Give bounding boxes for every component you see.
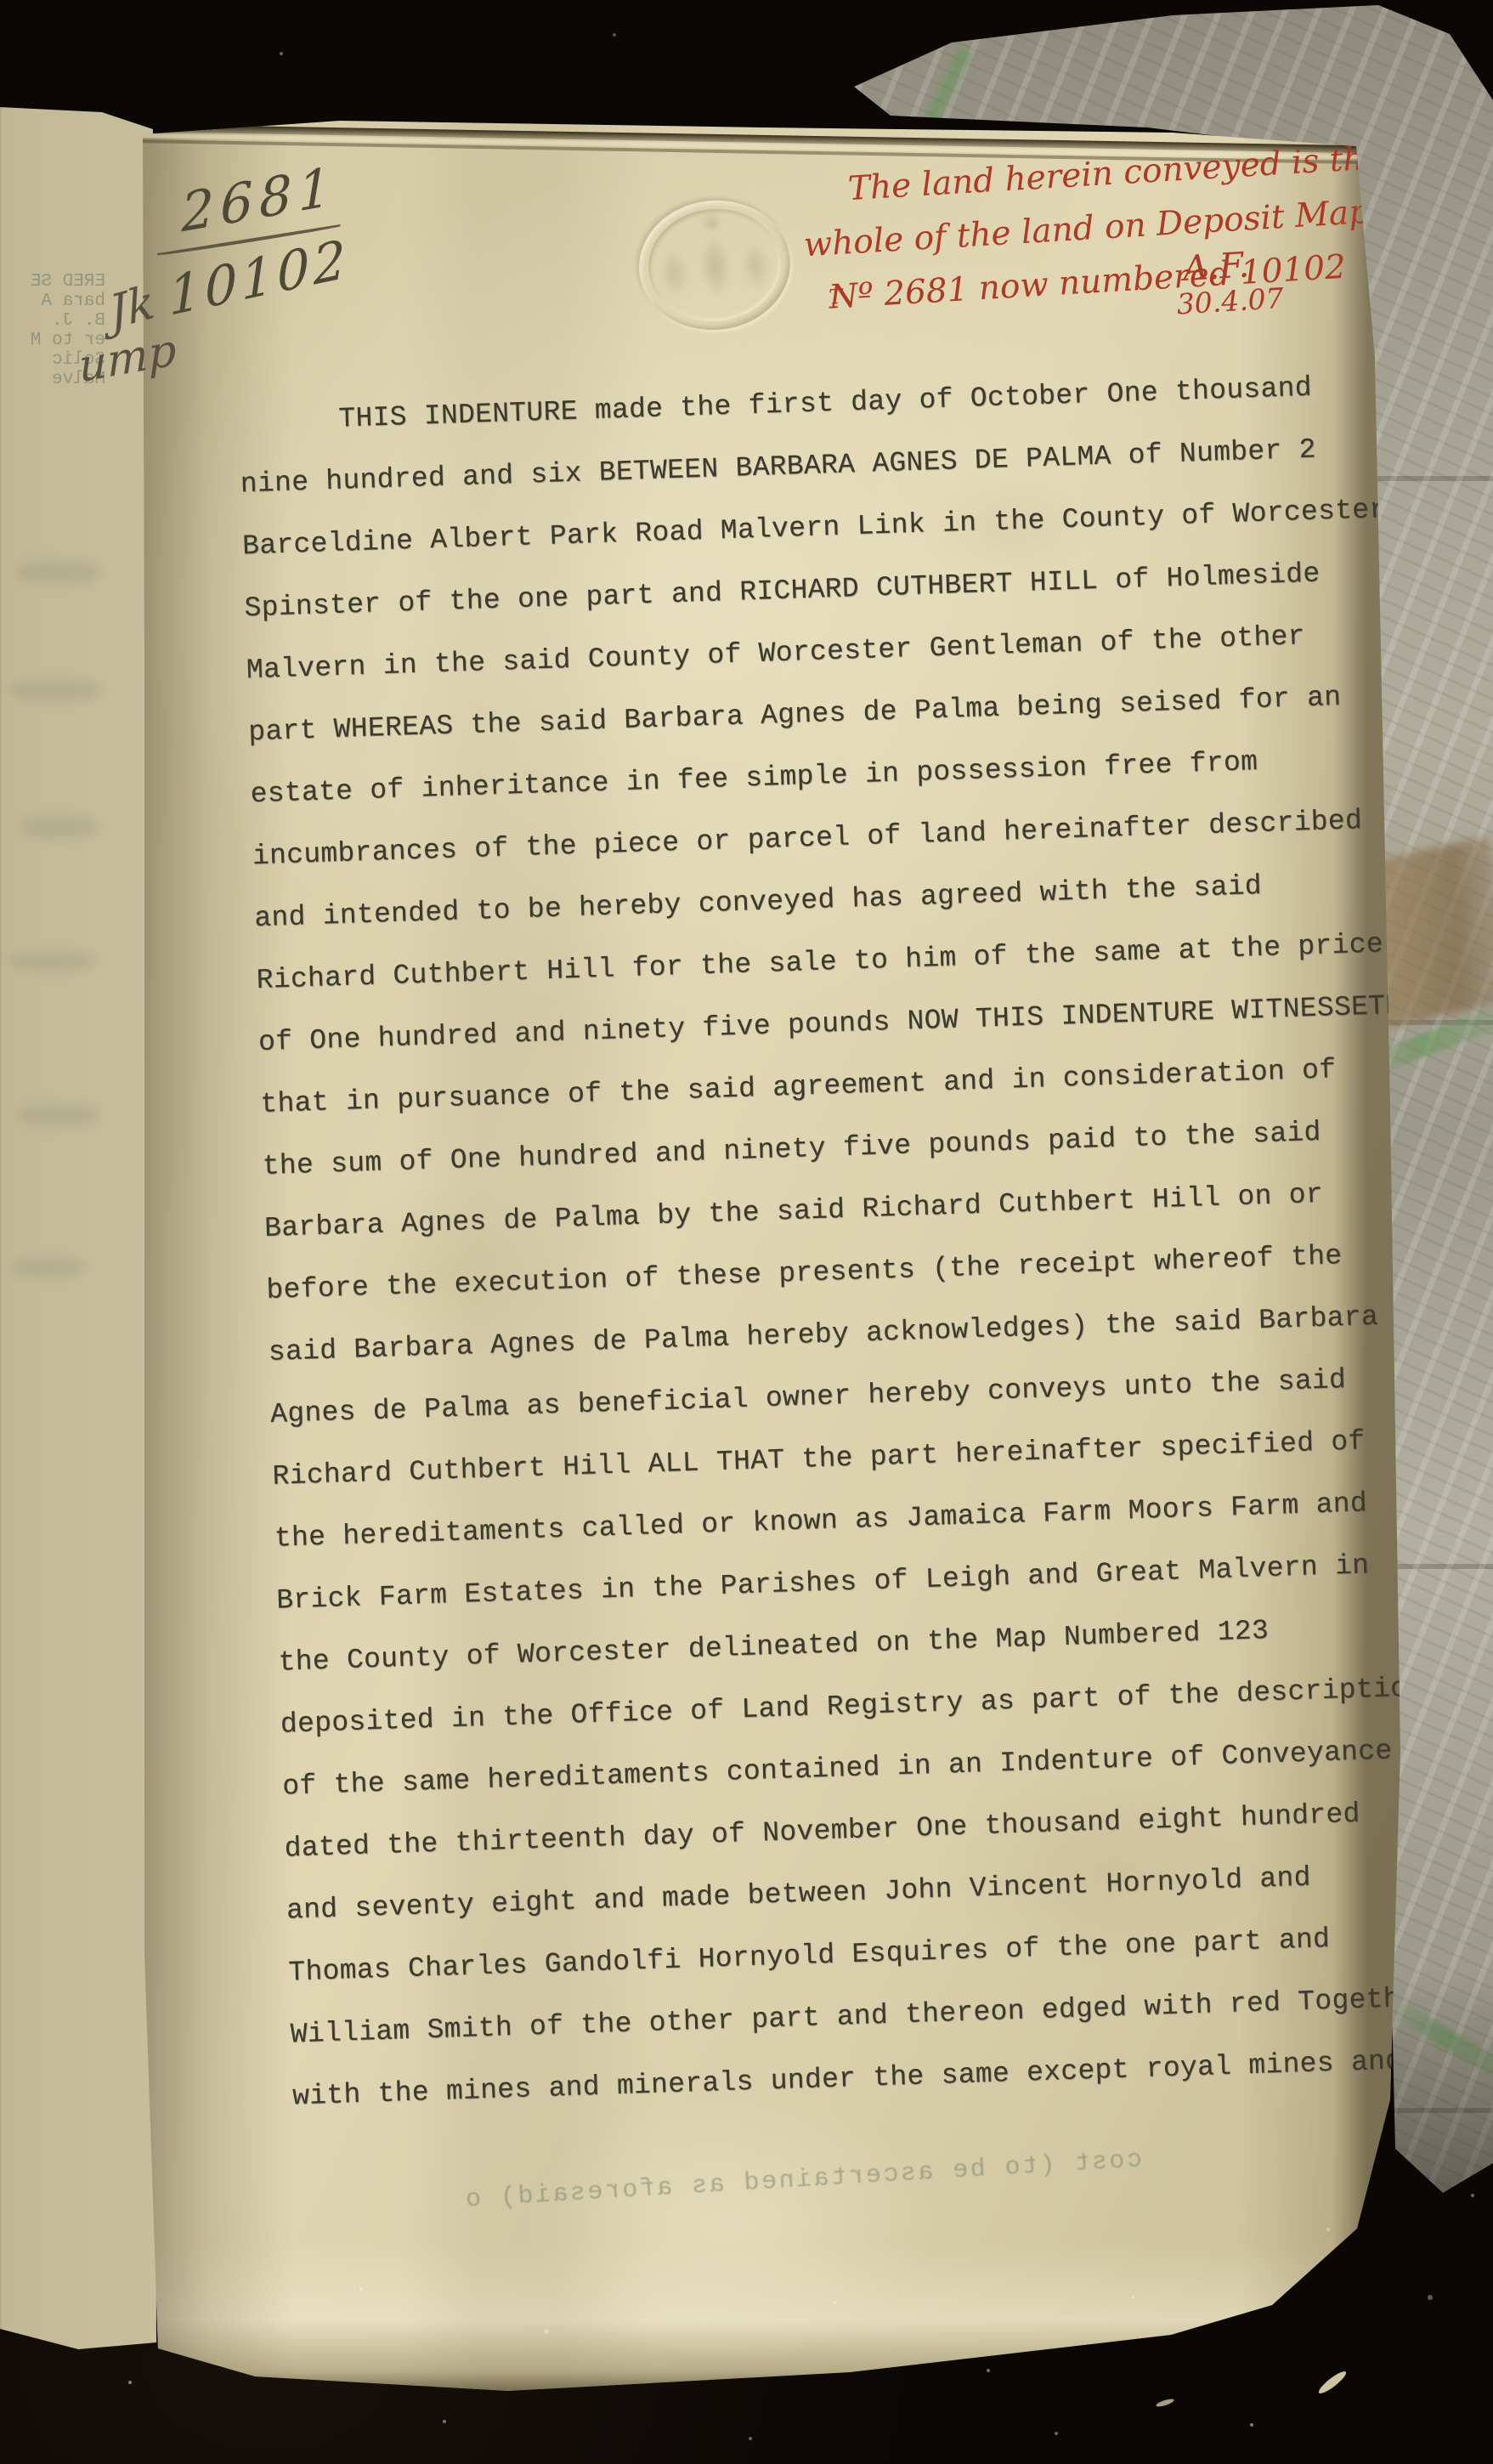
- paper-fleck: [1156, 2398, 1175, 2409]
- seal-unicorn-supporter: [737, 235, 775, 297]
- ink-smudge: [20, 816, 99, 838]
- ink-smudge: [8, 680, 102, 700]
- tissue-green-stripe: [1394, 2002, 1493, 2083]
- ink-smudge: [15, 561, 100, 583]
- paper-fleck: [1316, 2369, 1349, 2397]
- document-page: 2681 10102 The land herein conveyed is t…: [0, 0, 1493, 2464]
- seal-shield-motif: [693, 228, 738, 306]
- dust-specks: [0, 0, 2, 2]
- seal-lion-supporter: [655, 241, 693, 303]
- ink-smudge: [17, 1105, 99, 1125]
- ghost-text-fragment: bara A: [3, 292, 105, 311]
- ghost-text-fragment: B. J.: [3, 311, 105, 331]
- ink-smudge: [7, 952, 95, 971]
- embossed-seal: [634, 195, 796, 337]
- ghost-text-fragment: ERED SE: [3, 272, 105, 292]
- ink-smudge: [10, 1258, 85, 1277]
- scanned-deed-photograph: ERED SEbara AB. J.er to MSolicMalve 2681…: [0, 0, 1493, 2464]
- bleedthrough-mirrored-line: cost (to be ascertained as aforesaid) o: [463, 2145, 1143, 2214]
- red-ink-annotation: The land herein conveyed is the whole of…: [799, 134, 1335, 343]
- typewritten-body: THIS INDENTURE made the first day of Oct…: [237, 354, 1448, 2128]
